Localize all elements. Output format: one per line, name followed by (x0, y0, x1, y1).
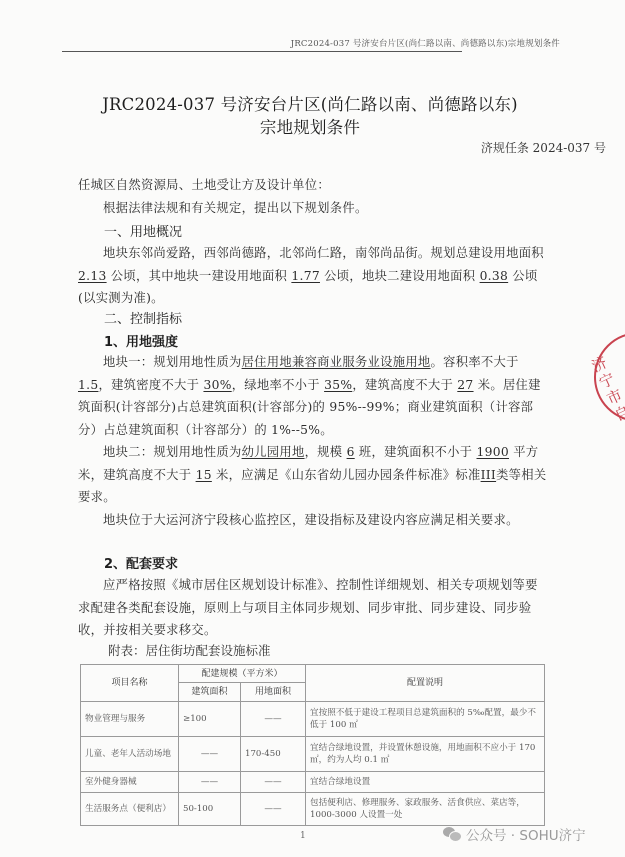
subsection1-heading: 1、用地强度 (104, 331, 178, 350)
supporting-facilities-paragraph: 应严格按照《城市居住区规划设计标准》、控制性详细规划、相关专项规划等要求配建各类… (78, 574, 548, 642)
plot1-land-use: 居住用地兼容商业服务业设施用地 (242, 355, 431, 369)
header-building-area: 建筑面积 (179, 683, 241, 702)
section1-paragraph: 地块东邻尚爱路，西邻尚德路，北邻尚仁路，南邻尚品街。规划总建设用地面积 2.13… (78, 242, 548, 310)
section1-heading: 一、用地概况 (104, 221, 182, 240)
cell-note: 宜结合绿地设置，并设置休憩设施，用地面积不应小于 170 ㎡，约为人均 0.1 … (306, 737, 545, 772)
plot2-area: 1900 (477, 445, 510, 459)
table-row: 生活服务点（便利店） 50-100 —— 包括便利店、修理服务、家政服务、活食供… (81, 793, 545, 826)
plot1-far: 1.5 (78, 378, 98, 392)
section2-heading: 二、控制指标 (104, 308, 182, 327)
table-row: 儿童、老年人活动场地 —— 170-450 宜结合绿地设置，并设置休憩设施，用地… (81, 737, 545, 772)
document-title-line2: 宗地规划条件 (60, 114, 560, 138)
plot2-land-use: 幼儿园用地 (242, 445, 305, 459)
running-header: JRC2024-037 号济安台片区(尚仁路以南、尚德路以东)宗地规划条件 (60, 37, 560, 49)
plot1-area-value: 1.77 (291, 269, 320, 283)
document-title-line1: JRC2024-037 号济安台片区(尚仁路以南、尚德路以东) (60, 91, 560, 115)
cell-land-area: —— (241, 793, 306, 826)
cell-building-area: 50-100 (179, 793, 241, 826)
cell-land-area: 170-450 (241, 737, 306, 772)
header-scale: 配建规模（平方米） (179, 665, 306, 683)
table-row: 室外健身器械 —— —— 宜结合绿地设置 (81, 772, 545, 793)
table-header-row: 项目名称 配建规模（平方米） 配置说明 (81, 665, 545, 683)
cell-note: 宜结合绿地设置 (306, 772, 545, 793)
watermark: 公众号 · SOHU济宁 (443, 824, 586, 844)
cell-name: 儿童、老年人活动场地 (81, 737, 179, 772)
cell-building-area: —— (179, 772, 241, 793)
plot1-green-ratio: 35% (324, 378, 352, 392)
cell-building-area: ≥100 (179, 702, 241, 737)
cell-building-area: —— (179, 737, 241, 772)
plot2-class-level: III (481, 468, 496, 482)
cell-name: 生活服务点（便利店） (81, 793, 179, 826)
cell-note: 宜按照不低于建设工程项目总建筑面积的 5‰配置，最少不低于 100 ㎡ (306, 702, 545, 737)
page-number: 1 (300, 831, 306, 841)
plot2-height: 15 (196, 468, 212, 482)
wechat-icon (443, 827, 461, 841)
document-number: 济规任条 2024-037 号 (380, 139, 606, 156)
cell-land-area: —— (241, 702, 306, 737)
watermark-text: 公众号 · SOHU济宁 (466, 824, 586, 844)
header-rule (62, 51, 462, 52)
document-page: JRC2024-037 号济安台片区(尚仁路以南、尚德路以东)宗地规划条件 JR… (0, 0, 625, 857)
canal-paragraph: 地块位于大运河济宁段核心监控区，建设指标及建设内容应满足相关要求。 (78, 509, 548, 532)
cell-land-area: —— (241, 772, 306, 793)
header-item-name: 项目名称 (81, 665, 179, 702)
plot2-classes: 6 (347, 445, 355, 459)
annex-title: 附表：居住街坊配套设施标准 (108, 641, 271, 659)
addressee: 任城区自然资源局、土地受让方及设计单位： (78, 174, 548, 197)
cell-note: 包括便利店、修理服务、家政服务、活食供应、菜店等，1000-3000 人设置一处 (306, 793, 545, 826)
plot1-density: 30% (203, 378, 231, 392)
plot1-height: 27 (457, 378, 473, 392)
header-land-area: 用地面积 (241, 683, 306, 702)
subsection2-heading: 2、配套要求 (104, 553, 178, 572)
intro-paragraph: 根据法律法规和有关规定，提出以下规划条件。 (78, 197, 548, 220)
cell-name: 物业管理与服务 (81, 702, 179, 737)
plot2-area-value: 0.38 (480, 269, 509, 283)
header-note: 配置说明 (306, 665, 545, 702)
total-area-value: 2.13 (78, 269, 107, 283)
annex-table: 项目名称 配建规模（平方米） 配置说明 建筑面积 用地面积 物业管理与服务 ≥1… (80, 664, 545, 826)
cell-name: 室外健身器械 (81, 772, 179, 793)
plot2-paragraph: 地块二：规划用地性质为幼儿园用地，规模 6 班，建筑面积不小于 1900 平方米… (78, 441, 548, 509)
plot1-paragraph: 地块一：规划用地性质为居住用地兼容商业服务业设施用地。容积率不大于 1.5，建筑… (78, 351, 548, 441)
table-row: 物业管理与服务 ≥100 —— 宜按照不低于建设工程项目总建筑面积的 5‰配置，… (81, 702, 545, 737)
